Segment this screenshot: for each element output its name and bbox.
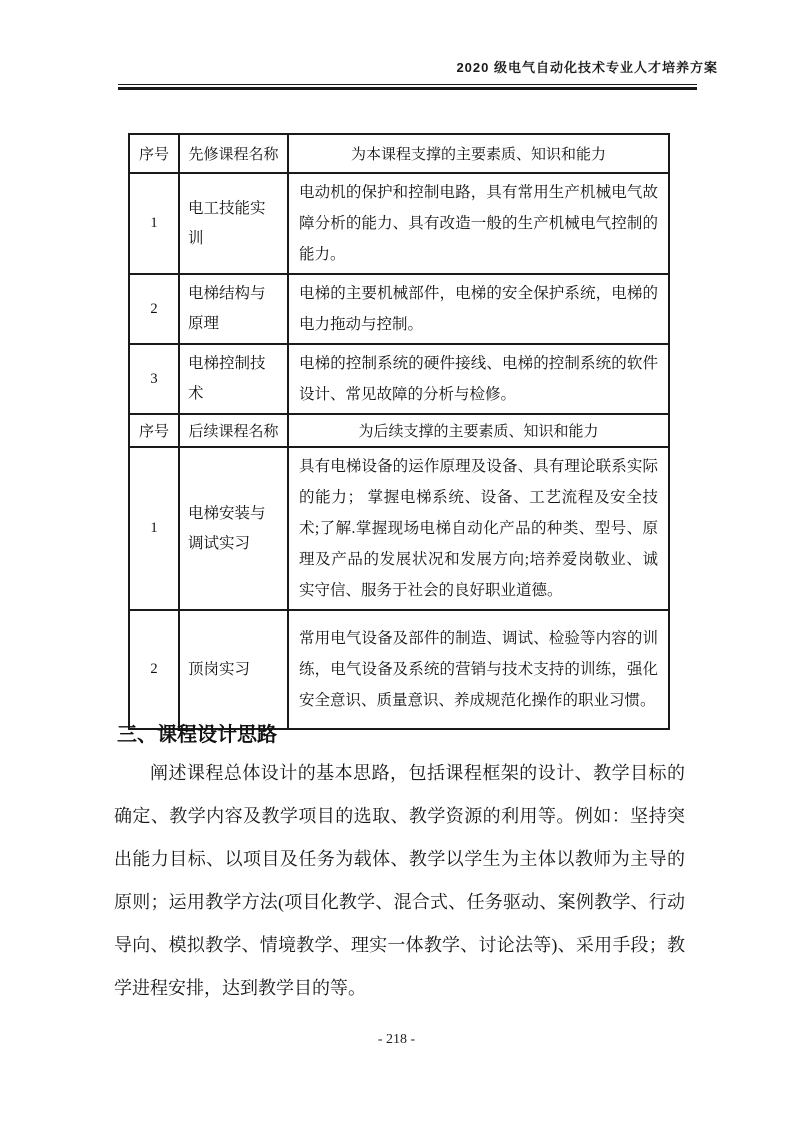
header-cell-course: 后续课程名称 (179, 414, 288, 447)
header-cell-no: 序号 (129, 134, 179, 173)
header-rule (118, 84, 697, 90)
table-header-row-prerequisite: 序号 先修课程名称 为本课程支撑的主要素质、知识和能力 (129, 134, 669, 173)
table-row: 3 电梯控制技术 电梯的控制系统的硬件接线、电梯的控制系统的软件设计、常见故障的… (129, 344, 669, 414)
table-header-row-subsequent: 序号 后续课程名称 为后续支撑的主要素质、知识和能力 (129, 414, 669, 447)
page-header-title: 2020 级电气自动化技术专业人才培养方案 (456, 57, 718, 76)
row-number-cell: 1 (129, 173, 179, 274)
prerequisite-courses-table: 序号 先修课程名称 为本课程支撑的主要素质、知识和能力 1 电工技能实训 电动机… (128, 133, 670, 730)
header-cell-course: 先修课程名称 (179, 134, 288, 173)
row-number-cell: 2 (129, 274, 179, 344)
table-row: 1 电梯安装与调试实习 具有电梯设备的运作原理及设备、具有理论联系实际的能力； … (129, 447, 669, 610)
table-row: 1 电工技能实训 电动机的保护和控制电路，具有常用生产机械电气故障分析的能力、具… (129, 173, 669, 274)
course-desc-cell: 电梯的控制系统的硬件接线、电梯的控制系统的软件设计、常见故障的分析与检修。 (288, 344, 669, 414)
course-name-cell: 顶岗实习 (179, 610, 288, 729)
page-footer: - 218 - (0, 1032, 793, 1048)
course-desc-cell: 电梯的主要机械部件，电梯的安全保护系统，电梯的电力拖动与控制。 (288, 274, 669, 344)
row-number-cell: 3 (129, 344, 179, 414)
body-paragraph: 阐述课程总体设计的基本思路，包括课程框架的设计、教学目标的确定、教学内容及教学项… (114, 752, 685, 1010)
course-name-cell: 电梯控制技术 (179, 344, 288, 414)
row-number-cell: 1 (129, 447, 179, 610)
section-heading: 三、课程设计思路 (117, 718, 277, 747)
table-row: 2 顶岗实习 常用电气设备及部件的制造、调试、检验等内容的训练，电气设备及系统的… (129, 610, 669, 729)
page-number: - 218 - (378, 1032, 415, 1047)
header-cell-desc: 为后续支撑的主要素质、知识和能力 (288, 414, 669, 447)
course-name-cell: 电梯结构与原理 (179, 274, 288, 344)
header-cell-desc: 为本课程支撑的主要素质、知识和能力 (288, 134, 669, 173)
document-page: 2020 级电气自动化技术专业人才培养方案 序号 先修课程名称 为本课程支撑的主… (0, 0, 793, 1122)
course-desc-cell: 常用电气设备及部件的制造、调试、检验等内容的训练，电气设备及系统的营销与技术支持… (288, 610, 669, 729)
course-name-cell: 电梯安装与调试实习 (179, 447, 288, 610)
header-cell-no: 序号 (129, 414, 179, 447)
course-name-cell: 电工技能实训 (179, 173, 288, 274)
table-row: 2 电梯结构与原理 电梯的主要机械部件，电梯的安全保护系统，电梯的电力拖动与控制… (129, 274, 669, 344)
course-desc-cell: 具有电梯设备的运作原理及设备、具有理论联系实际的能力； 掌握电梯系统、设备、工艺… (288, 447, 669, 610)
row-number-cell: 2 (129, 610, 179, 729)
course-desc-cell: 电动机的保护和控制电路，具有常用生产机械电气故障分析的能力、具有改造一般的生产机… (288, 173, 669, 274)
